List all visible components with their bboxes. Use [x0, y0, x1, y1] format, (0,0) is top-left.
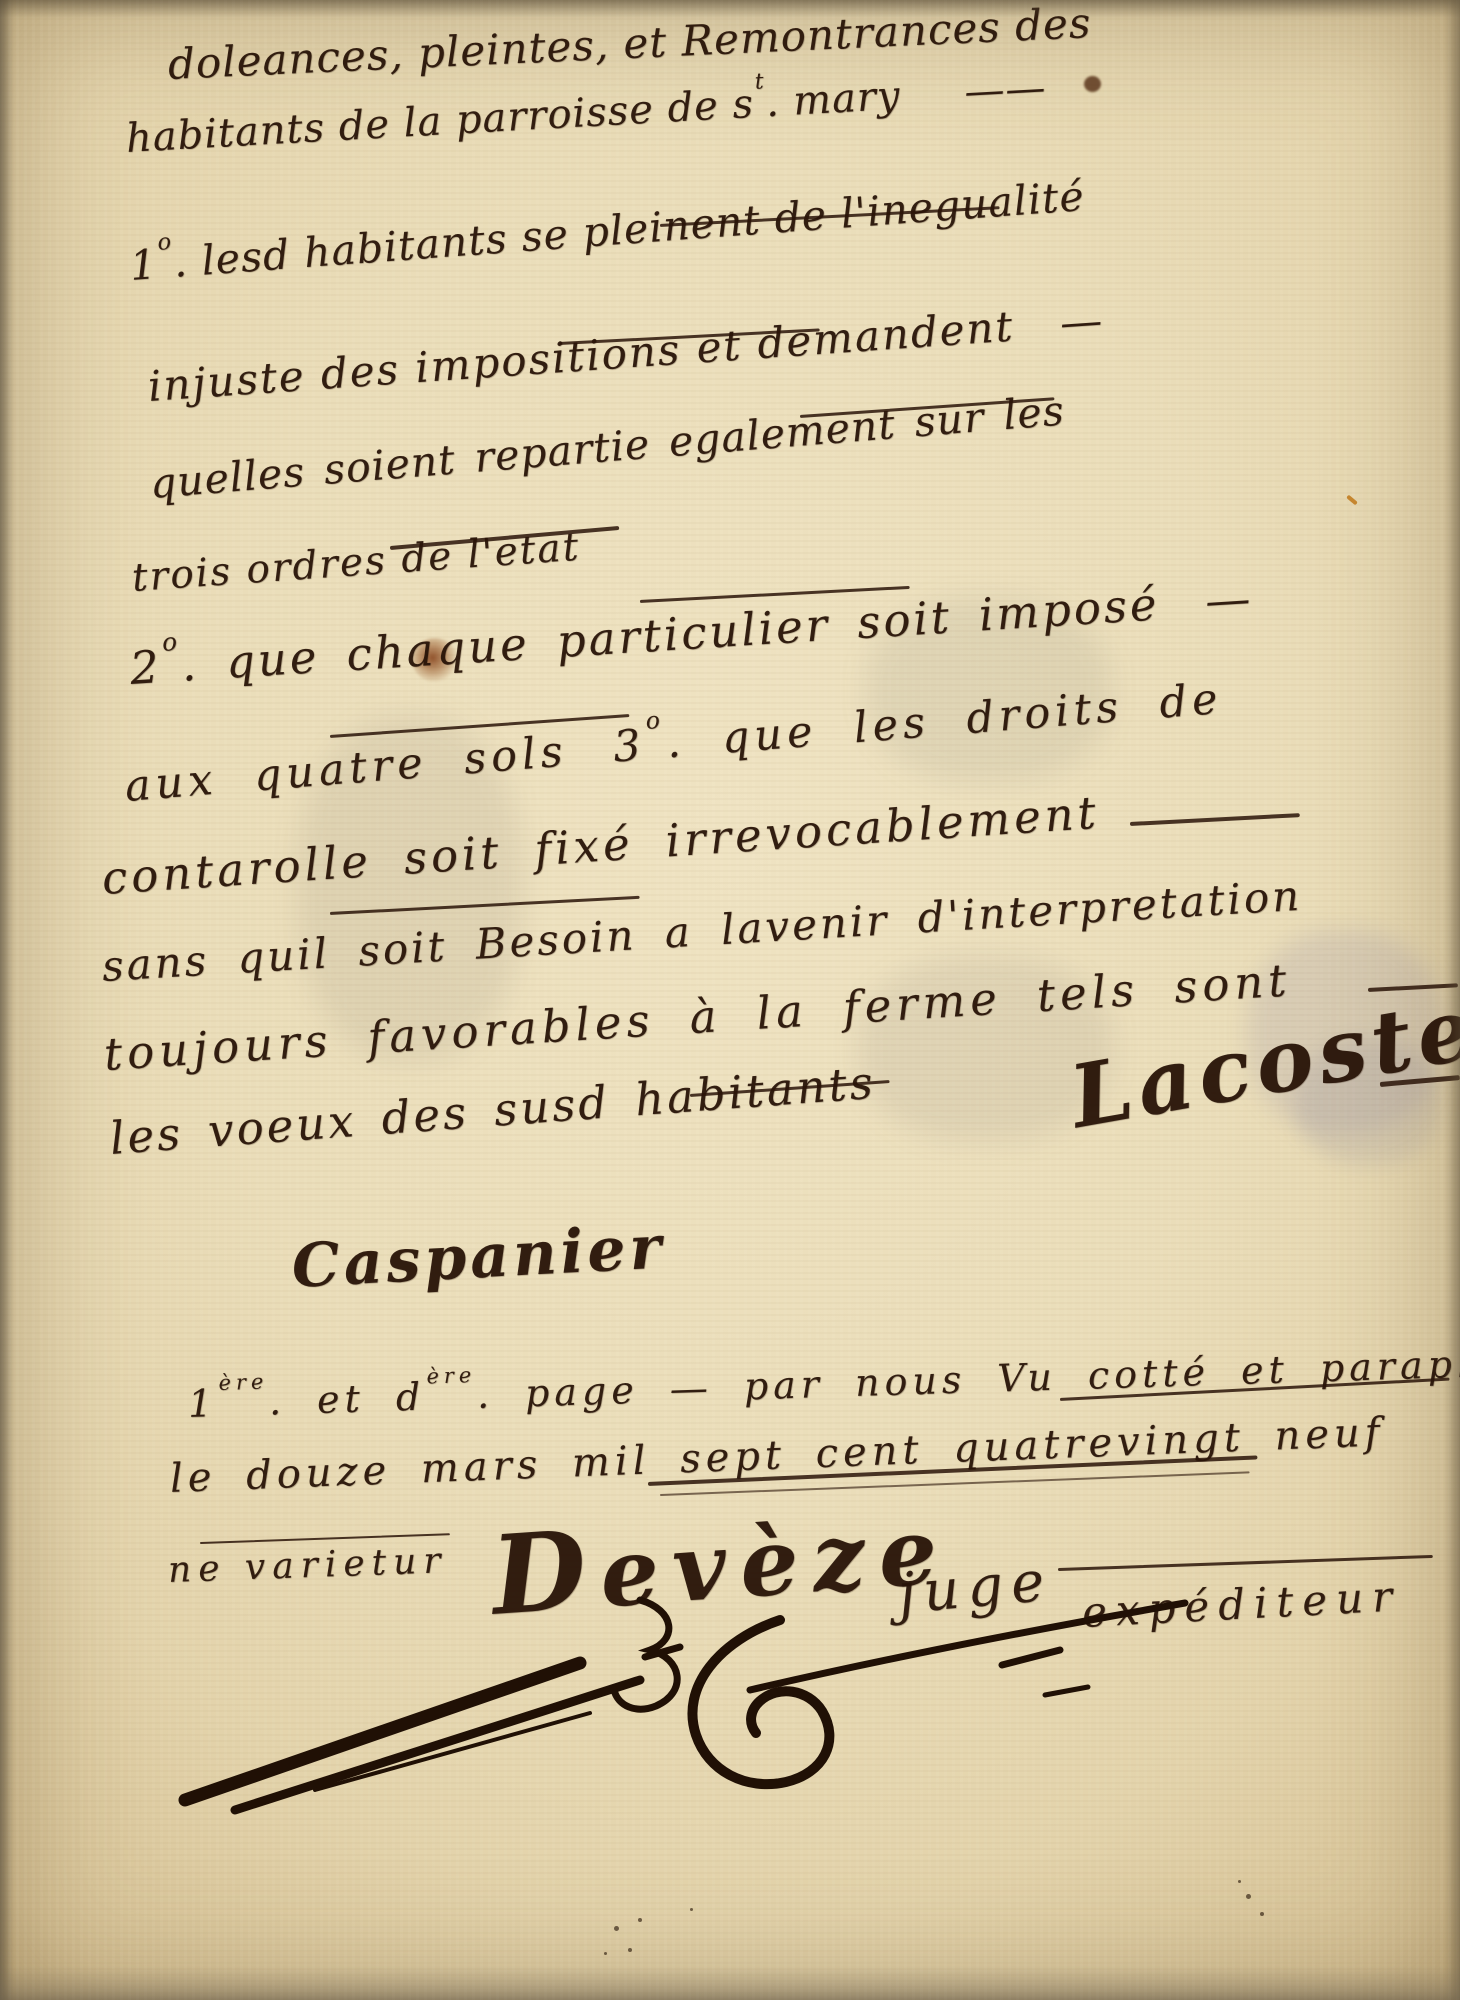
- paraph-flourish-graphic: [140, 1595, 1200, 1825]
- scan-edge: [0, 0, 1460, 18]
- signature-text: Caspanier: [290, 1213, 667, 1302]
- article1-text: quelles soient repartie egalement sur le…: [148, 387, 1066, 508]
- flourish-dash: —: [1058, 295, 1105, 347]
- page-number: 1: [187, 1381, 218, 1426]
- heading-text: habitants de la parroisse de s: [125, 81, 755, 162]
- date-line: le douze mars mil sept cent quatrevingt …: [169, 1409, 1385, 1502]
- ink-speck: [1238, 1880, 1241, 1883]
- scan-edge: [0, 0, 14, 2000]
- signature-caspanier: Caspanier: [290, 1213, 667, 1302]
- ink-speck: [638, 1918, 642, 1922]
- article1-text: injuste des impositions et demandent: [146, 301, 1016, 410]
- heading-text: . mary: [764, 73, 901, 126]
- ink-speck: [628, 1948, 632, 1952]
- article-number: 1: [128, 240, 159, 290]
- scan-edge: [1444, 0, 1460, 2000]
- ordinal-mark: o: [645, 706, 666, 735]
- article-number: 3: [611, 720, 647, 772]
- ink-speck: [614, 1926, 619, 1931]
- article1-text: . lesd habitants se pleinent de l'inegua…: [172, 172, 1086, 287]
- certification-text: . page — par nous Vu cotté et paraphée: [476, 1339, 1460, 1416]
- ink-speck: [1246, 1894, 1251, 1899]
- ne-varietur-text: ne varietur: [167, 1540, 448, 1591]
- ink-speck: [604, 1952, 607, 1955]
- date-text: le douze mars mil sept cent quatrevingt …: [169, 1409, 1385, 1502]
- superscript: ère: [218, 1369, 268, 1395]
- flourish-dash: ——: [963, 65, 1047, 116]
- flourish-loop: [692, 1620, 829, 1784]
- article3-text: contarolle soit fixé irrevocablement: [100, 786, 1101, 905]
- ne-varietur-line: ne varietur: [167, 1540, 448, 1591]
- certification-text: . et d: [268, 1375, 426, 1424]
- article3-line-2: contarolle soit fixé irrevocablement: [100, 786, 1101, 905]
- flourish-stroke: [750, 1603, 1185, 1690]
- ordinal-mark: o: [161, 627, 181, 657]
- flourish-dash-stroke: [1002, 1650, 1060, 1665]
- ink-speck: [690, 1908, 693, 1911]
- article1-line-1: 1o. lesd habitants se pleinent de l'ineg…: [128, 172, 1086, 290]
- article1-line-3: quelles soient repartie egalement sur le…: [148, 387, 1066, 508]
- article-number: 2: [128, 640, 163, 695]
- manuscript-page: doleances, pleintes, et Remontrances des…: [0, 0, 1460, 2000]
- ink-blot: [1084, 76, 1101, 92]
- ink-speck: [1260, 1912, 1264, 1916]
- flourish-stroke: [315, 1713, 590, 1790]
- paper-fleck: [1346, 495, 1358, 506]
- flourish-dash: —: [1204, 571, 1255, 627]
- superscript: ère: [426, 1363, 476, 1389]
- superscript: t: [754, 70, 765, 96]
- flourish-stroke: [235, 1680, 640, 1810]
- flourish-dash-stroke: [1045, 1687, 1088, 1695]
- overline-stroke: [1058, 1555, 1433, 1571]
- trailing-dash-stroke: [1130, 813, 1300, 826]
- ordinal-mark: o: [157, 229, 173, 256]
- scan-edge: [0, 1966, 1460, 2000]
